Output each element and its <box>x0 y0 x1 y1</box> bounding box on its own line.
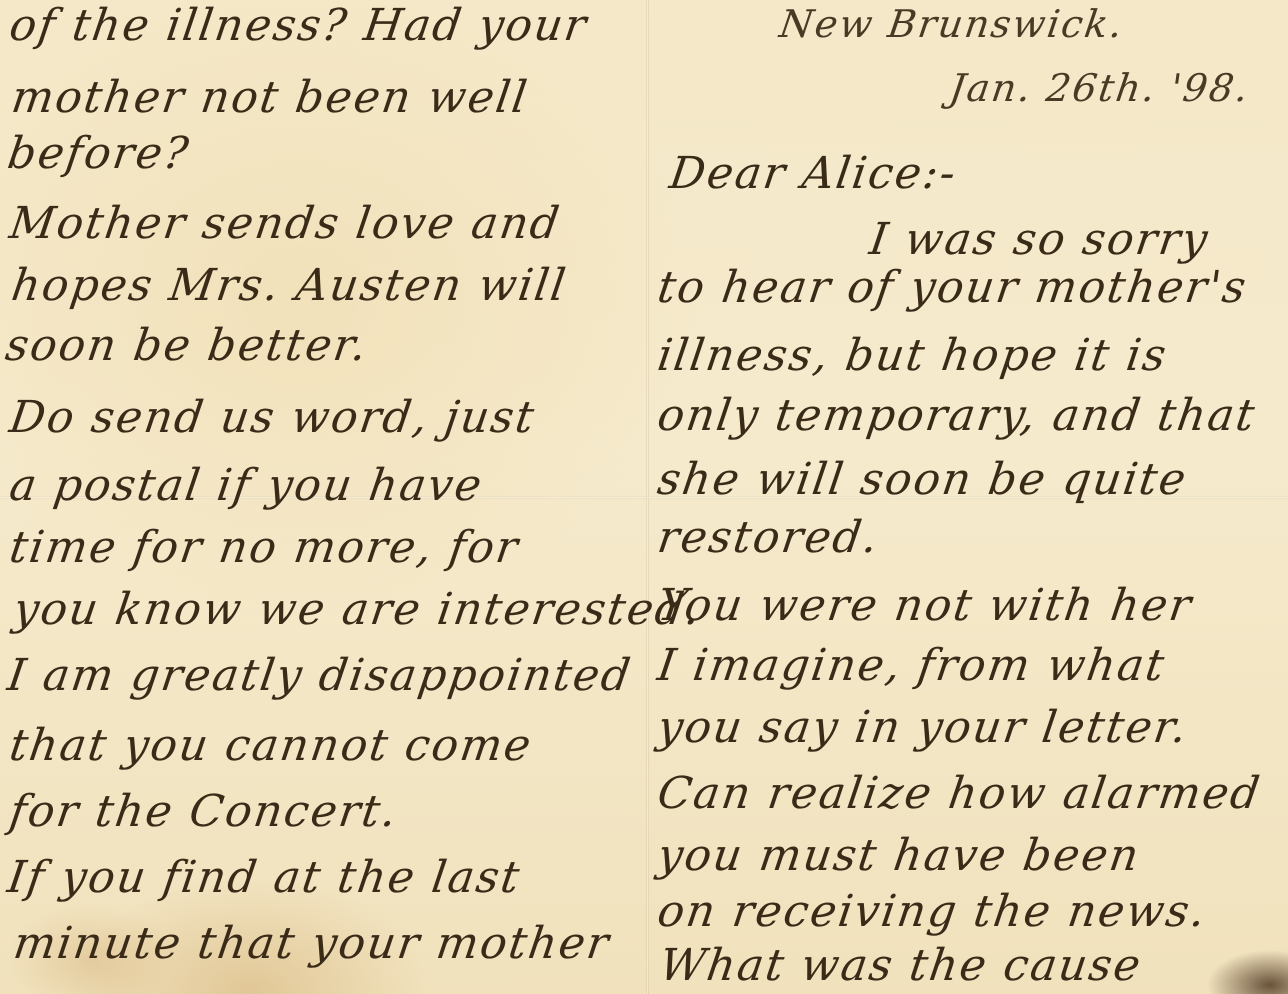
text-line: You were not with her <box>654 580 1196 631</box>
letter-date: Jan. 26th. '98. <box>947 66 1253 110</box>
text-line: illness, but hope it is <box>654 330 1170 381</box>
text-line: before? <box>4 128 193 179</box>
text-line: minute that your mother <box>10 918 613 969</box>
text-line: time for no more, for <box>6 522 522 573</box>
text-line: you say in your letter. <box>654 702 1191 753</box>
text-line: soon be better. <box>2 320 371 371</box>
right-page: New Brunswick. Jan. 26th. '98. Dear Alic… <box>650 0 1288 994</box>
text-line: that you cannot come <box>6 720 535 771</box>
text-line: mother not been well <box>8 72 531 123</box>
text-line: to hear of your mother's <box>654 262 1250 313</box>
text-line: What was the cause <box>656 940 1145 991</box>
text-line: you must have been <box>654 830 1143 881</box>
text-line: of the illness? Had your <box>6 0 591 51</box>
text-line: Can realize how alarmed <box>654 768 1264 819</box>
salutation: Dear Alice:- <box>666 148 960 199</box>
text-line: she will soon be quite <box>654 454 1190 505</box>
letter-place: New Brunswick. <box>777 2 1127 46</box>
text-line: Do send us word, just <box>6 392 539 443</box>
text-line: for the Concert. <box>6 786 401 837</box>
text-line: restored. <box>654 512 882 563</box>
text-line: I imagine, from what <box>654 640 1169 691</box>
text-line: hopes Mrs. Austen will <box>8 260 570 311</box>
text-line: I am greatly disappointed <box>4 650 635 701</box>
text-line: Mother sends love and <box>6 198 564 249</box>
text-line: a postal if you have <box>6 460 486 511</box>
text-line: only temporary, and that <box>654 390 1259 441</box>
text-line: If you find at the last <box>4 852 524 903</box>
text-line: you know we are interested. <box>10 584 705 635</box>
text-line: on receiving the news. <box>654 886 1210 937</box>
left-page: of the illness? Had your mother not been… <box>0 0 644 994</box>
text-line: I was so sorry <box>866 214 1212 265</box>
